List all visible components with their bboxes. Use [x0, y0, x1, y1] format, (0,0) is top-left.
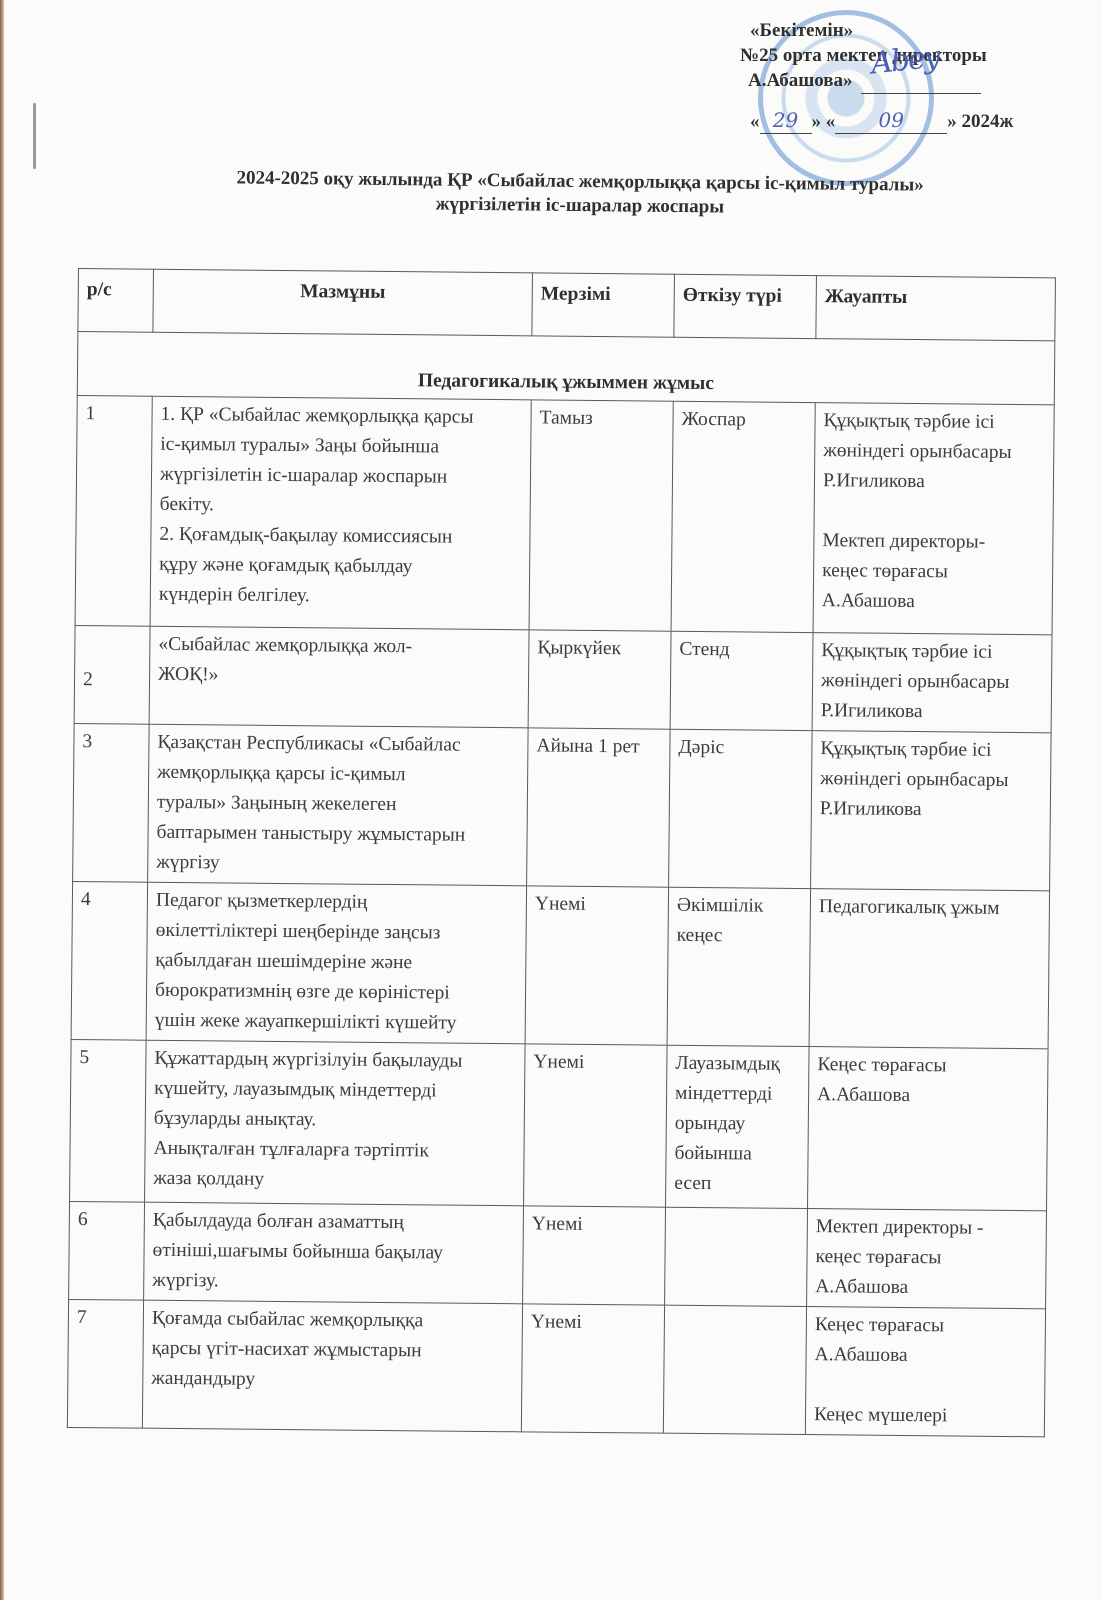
row-responsible: Педагогикалық ұжым	[809, 889, 1050, 1049]
content-line: өтініші,шағымы бойынша бақылау	[152, 1236, 514, 1269]
section-row: Педагогикалық ұжыммен жұмыс	[77, 332, 1055, 405]
row-responsible: Құқықтық тәрбие ісіжөніндегі орынбасарыР…	[811, 731, 1052, 891]
content-line: ЖОҚ!»	[158, 660, 520, 693]
table-row: 2«Сыбайлас жемқорлыққа жол-ЖОҚ!»Қыркүйек…	[74, 625, 1052, 732]
row-number: 5	[70, 1039, 147, 1202]
row-type: Жоспар	[671, 401, 815, 632]
type-line: Жоспар	[681, 405, 806, 436]
row-number: 4	[71, 881, 148, 1040]
content-line: жүргізілетін іс-шаралар жоспарын	[160, 460, 522, 493]
table-row: 7Қоғамда сыбайлас жемқорлыққақарсы үгіт-…	[67, 1299, 1045, 1436]
row-type: Стенд	[670, 631, 813, 730]
row-responsible: Құқықтық тәрбие ісіжөніндегі орынбасарыР…	[812, 633, 1052, 733]
signature-line: Abey	[861, 68, 981, 94]
responsible-line: Р.Игиликова	[821, 696, 1043, 728]
row-content: 1. ҚР «Сыбайлас жемқорлыққа қарсыіс-қимы…	[150, 396, 531, 630]
content-line: Құжаттардың жүргізілуін бақылауды	[154, 1044, 516, 1077]
section-title: Педагогикалық ұжыммен жұмыс	[77, 332, 1055, 405]
content-line: өкілеттіліктері шеңберінде заңсыз	[155, 916, 517, 949]
responsible-line: Р.Игиликова	[820, 794, 1042, 826]
content-line: жүргізу	[156, 848, 518, 881]
content-line: жемқорлыққа қарсы іс-қимыл	[157, 758, 519, 791]
row-deadline: Қыркүйек	[528, 630, 671, 729]
row-number: 3	[73, 723, 150, 882]
responsible-line: жөніндегі орынбасары	[820, 764, 1042, 796]
content-line: үшін жеке жауапкершілікті күшейту	[155, 1006, 517, 1039]
table-header-row: р/с Мазмұны Мерзімі Өткізу түрі Жауапты	[78, 269, 1056, 341]
row-deadline: Үнемі	[525, 886, 669, 1045]
responsible-line: А.Абашова	[815, 1272, 1037, 1304]
content-line: іс-қимыл туралы» Заңы бойынша	[160, 430, 522, 463]
content-line: Қабылдауда болған азаматтың	[153, 1206, 515, 1239]
content-line: бұзуларды анықтау.	[154, 1104, 516, 1137]
row-deadline: Тамыз	[529, 400, 673, 631]
row-deadline: Үнемі	[521, 1304, 664, 1433]
type-line: Лауазымдық	[675, 1049, 800, 1080]
row-type	[665, 1207, 808, 1306]
document-title: 2024-2025 оқу жылында ҚР «Сыбайлас жемқо…	[150, 165, 1010, 222]
handwritten-signature: Abey	[869, 45, 939, 77]
row-content: Құжаттардың жүргізілуін бақылаудыкүшейту…	[145, 1040, 526, 1206]
header-type: Өткізу түрі	[674, 274, 817, 338]
responsible-line: Кеңес мүшелері	[814, 1400, 1036, 1432]
responsible-line: Педагогикалық ұжым	[819, 892, 1041, 924]
binder-mark	[33, 103, 36, 169]
responsible-line: А.Абашова	[814, 1340, 1036, 1372]
responsible-line	[823, 496, 1045, 528]
type-line: міндеттерді	[675, 1079, 800, 1110]
responsible-line: А.Абашова	[822, 586, 1044, 618]
date-quote-open: «	[750, 111, 760, 132]
table-row: 11. ҚР «Сыбайлас жемқорлыққа қарсыіс-қим…	[75, 395, 1054, 634]
responsible-line: Кеңес төрағасы	[817, 1050, 1039, 1082]
type-line: есеп	[674, 1169, 799, 1200]
responsible-line: кеңес төрағасы	[822, 556, 1044, 588]
responsible-line: жөніндегі орынбасары	[823, 436, 1045, 468]
approval-date: «29» «09» 2024ж	[740, 108, 1080, 134]
responsible-line: А.Абашова	[817, 1080, 1039, 1112]
content-line: жүргізу.	[152, 1266, 514, 1299]
responsible-line: Құқықтық тәрбие ісі	[821, 636, 1043, 668]
type-line: орындау	[675, 1109, 800, 1140]
content-line: 1. ҚР «Сыбайлас жемқорлыққа қарсы	[160, 400, 522, 433]
date-year: » 2024ж	[947, 111, 1013, 132]
date-day: 29	[760, 108, 812, 134]
header-num: р/с	[78, 269, 154, 333]
row-content: «Сыбайлас жемқорлыққа жол-ЖОҚ!»	[149, 626, 529, 728]
approval-name-line: А.Абашова» Abey	[740, 68, 1080, 94]
content-line: бюрократизмнің өзге де көріністері	[155, 976, 517, 1009]
date-month: 09	[835, 108, 947, 134]
content-line: туралы» Заңының жекелеген	[157, 788, 519, 821]
content-line: жаза қолдану	[153, 1164, 515, 1197]
table-row: 6Қабылдауда болған азаматтыңөтініші,шағы…	[69, 1201, 1047, 1308]
content-line: күндерін белгілеу.	[159, 580, 521, 613]
row-content: Қабылдауда болған азаматтыңөтініші,шағым…	[144, 1202, 524, 1304]
date-quote-middle: » «	[812, 111, 836, 132]
row-number: 2	[74, 625, 150, 724]
row-content: Қазақстан Республикасы «Сыбайласжемқорлы…	[148, 724, 528, 886]
content-line: жандандыру	[151, 1364, 513, 1397]
row-number: 1	[75, 395, 152, 626]
row-number: 7	[67, 1299, 143, 1428]
responsible-line	[814, 1370, 1036, 1402]
responsible-line: кеңес төрағасы	[815, 1242, 1037, 1274]
responsible-line: Кеңес төрағасы	[815, 1310, 1037, 1342]
header-responsible: Жауапты	[816, 276, 1056, 341]
row-type	[663, 1305, 806, 1434]
row-content: Қоғамда сыбайлас жемқорлыққақарсы үгіт-н…	[142, 1300, 522, 1432]
approval-name: А.Абашова»	[748, 70, 853, 91]
content-line: Қазақстан Республикасы «Сыбайлас	[157, 728, 519, 761]
header-content: Мазмұны	[153, 269, 533, 336]
content-line: қарсы үгіт-насихат жұмыстарын	[151, 1334, 513, 1367]
table-row: 5Құжаттардың жүргізілуін бақылаудыкүшейт…	[70, 1039, 1049, 1210]
responsible-line: жөніндегі орынбасары	[821, 666, 1043, 698]
content-line: бекіту.	[160, 490, 522, 523]
row-responsible: Кеңес төрағасыА.АбашоваКеңес мүшелері	[805, 1307, 1045, 1437]
type-line: бойынша	[674, 1139, 799, 1170]
responsible-line: Р.Игиликова	[823, 466, 1045, 498]
content-line: құру және қоғамдық қабылдау	[159, 550, 521, 583]
content-line: 2. Қоғамдық-бақылау комиссиясын	[159, 520, 521, 553]
header-deadline: Мерзімі	[532, 273, 675, 337]
row-deadline: Үнемі	[523, 1206, 666, 1305]
type-line: Дәріс	[678, 733, 803, 764]
row-responsible: Құқықтық тәрбие ісіжөніндегі орынбасарыР…	[813, 403, 1054, 635]
type-line: кеңес	[676, 921, 801, 952]
table-row: 3Қазақстан Республикасы «Сыбайласжемқорл…	[73, 723, 1051, 890]
row-responsible: Кеңес төрағасыА.Абашова	[808, 1047, 1049, 1211]
responsible-line: Мектеп директоры-	[822, 526, 1044, 558]
row-responsible: Мектеп директоры -кеңес төрағасыА.Абашов…	[807, 1209, 1047, 1309]
row-type: Әкімшіліккеңес	[667, 887, 811, 1046]
row-number: 6	[69, 1201, 145, 1300]
content-line: қабылдаған шешімдеріне және	[155, 946, 517, 979]
page-edge	[0, 0, 4, 1600]
row-deadline: Үнемі	[524, 1044, 668, 1207]
content-line: Қоғамда сыбайлас жемқорлыққа	[152, 1304, 514, 1337]
content-line: Педагог қызметкерлердің	[156, 886, 518, 919]
content-line: Анықталған тұлғаларға тәртіптік	[153, 1134, 515, 1167]
row-type: Лауазымдықміндеттердіорындаубойыншаесеп	[666, 1045, 810, 1208]
plan-table: р/с Мазмұны Мерзімі Өткізу түрі Жауапты …	[67, 268, 1056, 1437]
responsible-line: Мектеп директоры -	[816, 1212, 1038, 1244]
row-deadline: Айына 1 рет	[527, 728, 671, 887]
responsible-line: Құқықтық тәрбие ісі	[823, 406, 1045, 438]
approval-heading: «Бекітемін»	[740, 18, 1080, 43]
type-line: Стенд	[679, 635, 804, 666]
table-row: 4Педагог қызметкерлердіңөкілеттіліктері …	[71, 881, 1049, 1048]
approval-block: «Бекітемін» №25 орта мектеп директоры А.…	[740, 18, 1080, 134]
content-line: баптарымен таныстыру жұмыстарын	[156, 818, 518, 851]
row-content: Педагог қызметкерлердіңөкілеттіліктері ш…	[146, 882, 526, 1044]
type-line: Әкімшілік	[677, 891, 802, 922]
responsible-line: Құқықтық тәрбие ісі	[820, 734, 1042, 766]
row-type: Дәріс	[669, 729, 813, 888]
content-line: күшейту, лауазымдық міндеттерді	[154, 1074, 516, 1107]
content-line: «Сыбайлас жемқорлыққа жол-	[158, 630, 520, 663]
